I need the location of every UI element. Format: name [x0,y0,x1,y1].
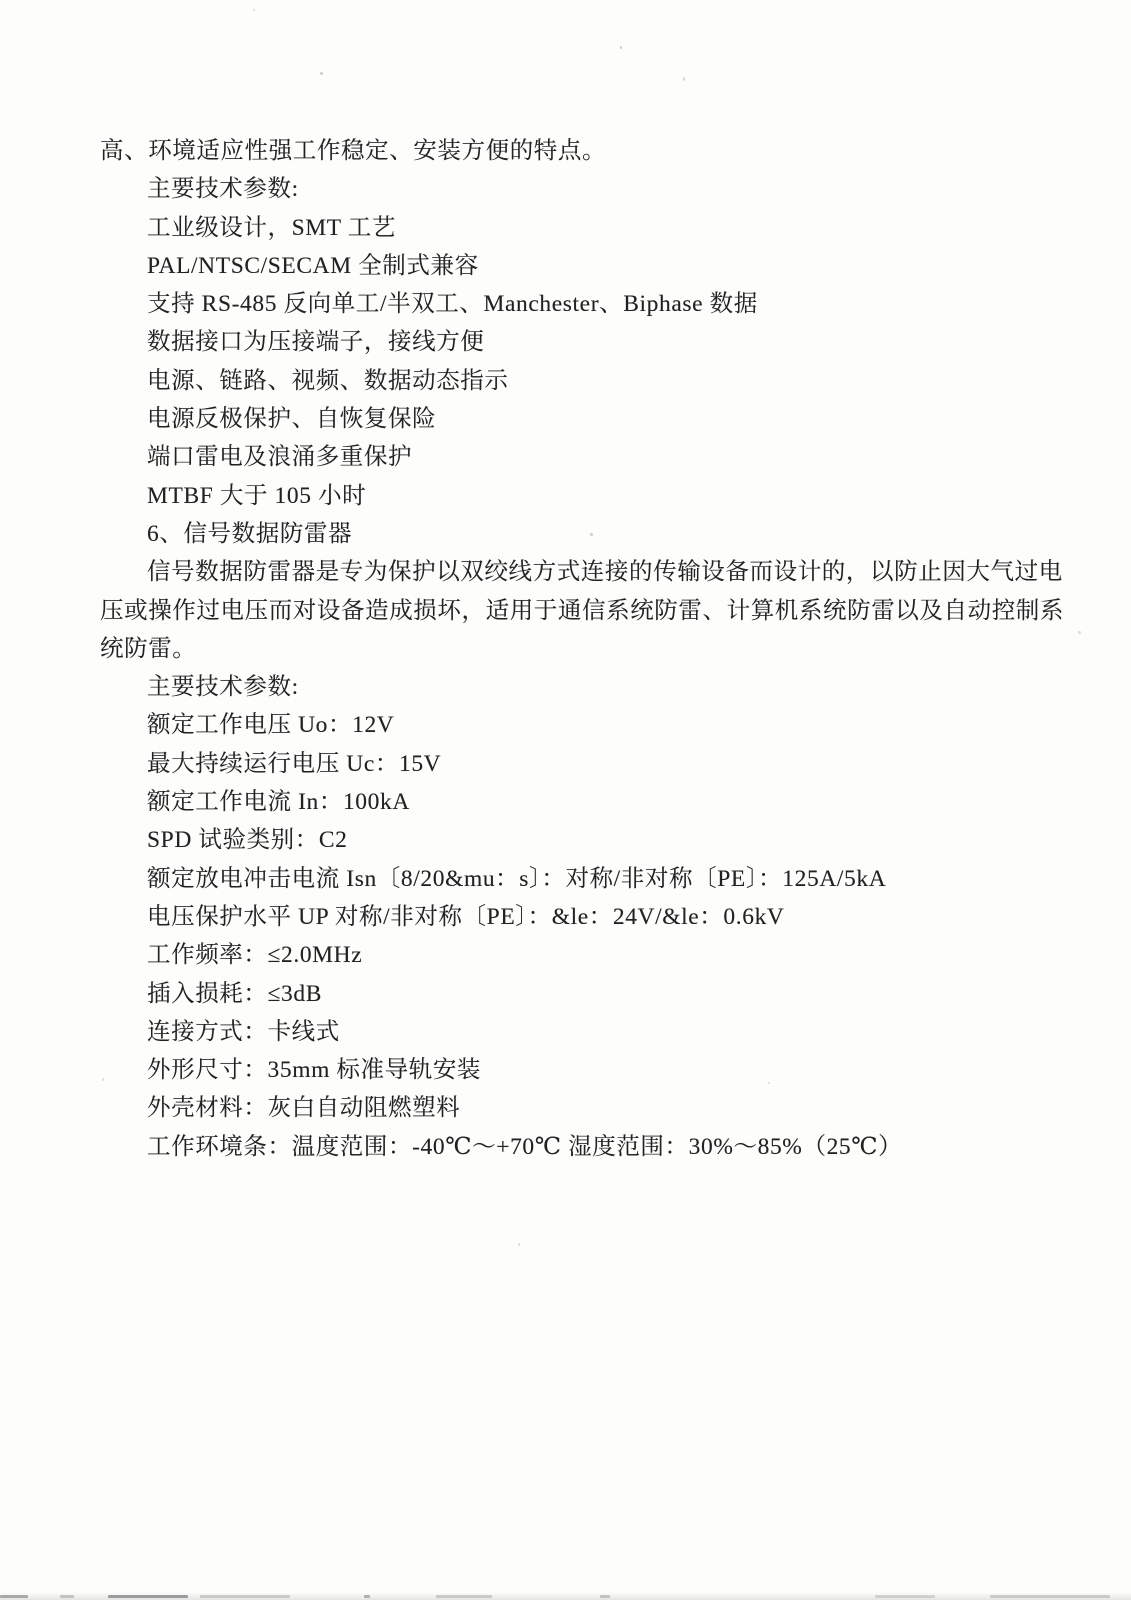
scan-bottom-edge-artifact [0,1592,1131,1600]
scan-edge-dash [200,1595,290,1598]
text-line: 统防雷。 [100,630,1060,668]
text-line: 电源反极保护、自恢复保险 [100,400,1060,438]
scan-speck [590,533,593,536]
text-line: 电压保护水平 UP 对称/非对称〔PE〕：&le：24V/&le：0.6kV [100,898,1060,936]
text-line: 额定工作电压 Uo：12V [100,706,1060,744]
text-line: 支持 RS-485 反向单工/半双工、Manchester、Biphase 数据 [100,285,1060,323]
scan-edge-dash [108,1595,188,1598]
text-line: 插入损耗：≤3dB [100,975,1060,1013]
text-line: 额定放电冲击电流 Isn〔8/20&mu：s〕：对称/非对称〔PE〕：125A/… [100,860,1060,898]
scan-edge-dash [600,1595,610,1598]
scan-edge-dash [436,1595,492,1598]
text-line: 端口雷电及浪涌多重保护 [100,438,1060,476]
text-line: 工作频率：≤2.0MHz [100,936,1060,974]
scan-edge-dash [875,1595,935,1598]
scan-edge-dash [0,1595,28,1598]
text-line: 主要技术参数: [100,668,1060,706]
text-line: PAL/NTSC/SECAM 全制式兼容 [100,247,1060,285]
text-line: 主要技术参数: [100,170,1060,208]
text-line: 6、信号数据防雷器 [100,515,1060,553]
scan-speck [1078,631,1081,634]
text-line: SPD 试验类别：C2 [100,821,1060,859]
scan-speck [253,9,255,11]
scan-speck [683,77,685,81]
text-line: 高、环境适应性强工作稳定、安装方便的特点。 [100,132,1060,170]
scan-edge-dash [60,1595,74,1598]
scan-edge-dash [364,1595,370,1598]
scan-speck [518,1243,520,1246]
text-line: 外壳材料：灰白自动阻燃塑料 [100,1089,1060,1127]
scan-speck [102,1078,104,1081]
scan-edge-dash [990,1595,1110,1598]
scan-speck [620,46,622,49]
text-line: 数据接口为压接端子，接线方便 [100,323,1060,361]
text-line: 最大持续运行电压 Uc：15V [100,745,1060,783]
text-line: MTBF 大于 105 小时 [100,477,1060,515]
document-body: 高、环境适应性强工作稳定、安装方便的特点。主要技术参数:工业级设计，SMT 工艺… [100,132,1060,1166]
text-line: 外形尺寸：35mm 标准导轨安装 [100,1051,1060,1089]
text-line: 工业级设计，SMT 工艺 [100,209,1060,247]
text-line: 额定工作电流 In：100kA [100,783,1060,821]
text-line: 电源、链路、视频、数据动态指示 [100,362,1060,400]
text-line: 信号数据防雷器是专为保护以双绞线方式连接的传输设备而设计的，以防止因大气过电 [100,553,1060,591]
text-line: 连接方式：卡线式 [100,1013,1060,1051]
scan-speck [320,72,323,75]
scanned-document-page: 高、环境适应性强工作稳定、安装方便的特点。主要技术参数:工业级设计，SMT 工艺… [0,0,1131,1600]
text-line: 压或操作过电压而对设备造成损坏，适用于通信系统防雷、计算机系统防雷以及自动控制系 [100,592,1060,630]
scan-speck [768,1082,770,1084]
text-line: 工作环境条：温度范围：-40℃～+70℃ 湿度范围：30%～85%（25℃） [100,1128,1060,1166]
